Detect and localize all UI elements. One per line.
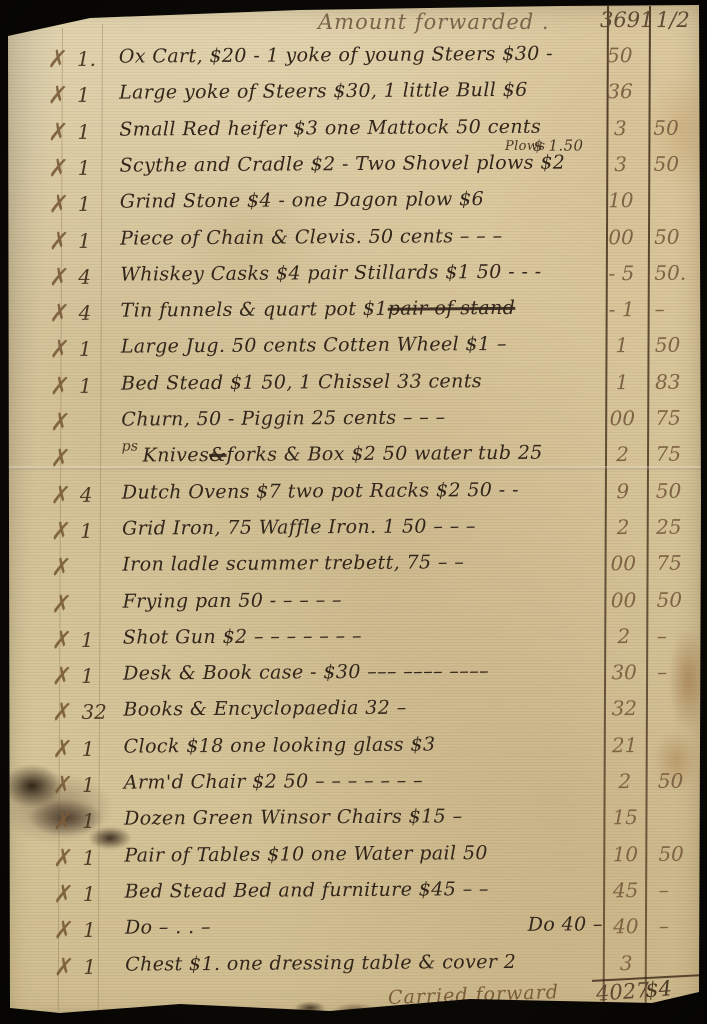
quantity: 1	[78, 156, 114, 180]
amount-cents: –	[655, 877, 705, 901]
tally-x-mark: ✗	[48, 152, 78, 186]
tally-x-mark: ✗	[49, 406, 79, 440]
amount-cents: 50	[653, 587, 703, 611]
ledger-row: ✗ 1 Clock $18 one looking glass $3 21	[2, 731, 707, 770]
quantity: 1	[78, 228, 114, 252]
ledger-row: ✗ 1 Large Jug. 50 cents Cotten Wheel $1 …	[0, 332, 706, 371]
carried-forward-dollars: 4027	[595, 978, 647, 1005]
amount-dollars: 10	[602, 842, 648, 866]
ledger-row: ✗ Churn, 50 - Piggin 25 cents – – – 00 7…	[0, 405, 706, 444]
quantity: 1	[80, 519, 116, 543]
ledger-row: ✗ 4 Tin funnels & quart pot $1 pair of s…	[0, 296, 706, 335]
amount-cents: –	[653, 623, 703, 647]
quantity: 1	[83, 954, 119, 978]
item-description: Ox Cart, $20 - 1 yoke of young Steers $3…	[119, 42, 597, 67]
tally-x-mark: ✗	[52, 769, 82, 803]
amount-dollars: 30	[601, 660, 647, 684]
quantity: 4	[79, 301, 115, 325]
amount-dollars: 00	[600, 551, 646, 575]
amount-cents: 83	[651, 369, 701, 393]
item-description: Piece of Chain & Clevis. 50 cents – – –	[120, 224, 598, 249]
amount-cents: 50	[649, 115, 699, 139]
amount-dollars: 3	[597, 152, 643, 176]
item-description: Desk & Book case - $30 ––– –––– ––––	[123, 659, 601, 684]
tally-x-mark: ✗	[53, 951, 83, 985]
amount-cents: 50	[651, 333, 701, 357]
ledger-row: ✗ 1 Shot Gun $2 – – – – – – – 2 –	[1, 622, 707, 661]
tally-x-mark: ✗	[52, 806, 82, 840]
ledger-row: ✗ 32 Books & Encyclopaedia 32 – 32	[1, 695, 707, 734]
item-description: Clock $18 one looking glass $3	[124, 732, 602, 757]
amount-dollars: 2	[601, 624, 647, 648]
quantity: 4	[80, 482, 116, 506]
ledger-row: ✗ 1 Do – . . –Do 40 – 40 –	[3, 913, 707, 952]
quantity: 1	[81, 627, 117, 651]
item-description: Grind Stone $4 - one Dagon plow $6	[120, 187, 598, 212]
ledger-row: ✗ 1 Grid Iron, 75 Waffle Iron. 1 50 – – …	[0, 513, 707, 552]
item-description: Bed Stead $1 50, 1 Chissel 33 cents	[121, 369, 599, 394]
carried-forward-cents: $4 1/2	[644, 974, 707, 1024]
ledger-row: ✗ 1 Arm'd Chair $2 50 – – – – – – – 2 50	[2, 768, 707, 807]
ledger-row: ✗ 1 Scythe and Cradle $2 - Two Shovel pl…	[0, 150, 705, 189]
amount-dollars: 00	[601, 587, 647, 611]
tally-x-mark: ✗	[48, 261, 78, 295]
quantity: 1	[83, 882, 119, 906]
amount-dollars: 32	[601, 696, 647, 720]
item-description: Tin funnels & quart pot $1 pair of stand	[121, 296, 599, 321]
tally-x-mark: ✗	[49, 370, 79, 404]
amount-dollars: 45	[603, 878, 649, 902]
item-description: Pair of Tables $10 one Water pail 50	[124, 841, 602, 866]
quantity: 1.	[77, 47, 113, 71]
amount-dollars: 40	[603, 914, 649, 938]
amount-cents: –	[655, 914, 705, 938]
ledger-row: ✗ 4 Whiskey Casks $4 pair Stillards $1 5…	[0, 259, 705, 298]
amount-dollars: 15	[602, 805, 648, 829]
amount-cents: 50	[649, 151, 699, 175]
tally-x-mark: ✗	[50, 479, 80, 513]
amount-dollars: 1	[599, 370, 645, 394]
amount-dollars: 3	[603, 950, 649, 974]
tally-x-mark: ✗	[50, 443, 80, 477]
item-description: Grid Iron, 75 Waffle Iron. 1 50 – – –	[122, 514, 600, 539]
quantity: 1	[83, 918, 119, 942]
ledger-row: ✗ Frying pan 50 - – – – – 00 50	[1, 586, 707, 625]
item-description: Dozen Green Winsor Chairs $15 –	[124, 805, 602, 830]
carried-forward-label: Carried forward	[388, 981, 560, 1009]
tally-x-mark: ✗	[52, 842, 82, 876]
tally-x-mark: ✗	[50, 551, 80, 585]
tally-x-mark: ✗	[51, 588, 81, 622]
item-description: Do – . . –Do 40 –	[125, 913, 603, 938]
item-description: psKnives& forks & Box $2 50 water tub 25	[122, 442, 600, 467]
quantity: 1	[78, 192, 114, 216]
amount-dollars: 36	[597, 79, 643, 103]
amount-cents: 50.	[650, 260, 700, 284]
amount-cents: 75	[652, 551, 702, 575]
amount-cents: –	[651, 297, 701, 321]
amount-cents: –	[653, 660, 703, 684]
amount-dollars: - 1	[599, 297, 645, 321]
tally-x-mark: ✗	[52, 733, 82, 767]
amount-dollars: 3	[597, 116, 643, 140]
ledger-row: ✗ Iron ladle scummer trebett, 75 – – 00 …	[0, 550, 707, 589]
quantity: 1	[82, 809, 118, 833]
amount-dollars: 2	[600, 442, 646, 466]
item-description: Small Red heifer $3 one Mattock 50 cents…	[119, 115, 597, 140]
photo-background: Amount forwarded . 3691 1/2 ✗ 1. Ox Cart…	[0, 0, 707, 1024]
ledger-row: ✗ 1 Grind Stone $4 - one Dagon plow $6 1…	[0, 187, 705, 226]
ledger-row: ✗ 1 Small Red heifer $3 one Mattock 50 c…	[0, 114, 704, 153]
rows: ✗ 1. Ox Cart, $20 - 1 yoke of young Stee…	[0, 0, 707, 1024]
amount-dollars: 9	[600, 479, 646, 503]
tally-x-mark: ✗	[48, 188, 78, 222]
tally-x-mark: ✗	[50, 515, 80, 549]
annotation: ps	[121, 439, 138, 461]
ledger-page: Amount forwarded . 3691 1/2 ✗ 1. Ox Cart…	[0, 0, 707, 1024]
quantity: 1	[82, 736, 118, 760]
quantity: 1	[79, 337, 115, 361]
amount-dollars: 50	[597, 43, 643, 67]
item-description: Whiskey Casks $4 pair Stillards $1 50 - …	[120, 260, 598, 285]
tally-x-mark: ✗	[51, 697, 81, 731]
ledger-row: ✗ 1 Pair of Tables $10 one Water pail 50…	[2, 840, 707, 879]
item-description: Churn, 50 - Piggin 25 cents – – –	[121, 405, 599, 430]
item-description: Arm'd Chair $2 50 – – – – – – –	[124, 768, 602, 793]
amount-dollars: 1	[599, 333, 645, 357]
tally-x-mark: ✗	[53, 914, 83, 948]
ledger-row: ✗ 1 Dozen Green Winsor Chairs $15 – 15	[2, 804, 707, 843]
tally-x-mark: ✗	[48, 225, 78, 259]
amount-dollars: 2	[600, 515, 646, 539]
quantity: 1	[79, 373, 115, 397]
ledger-row: ✗ 1 Bed Stead Bed and furniture $45 – – …	[3, 876, 707, 915]
amount-cents: 75	[651, 406, 701, 430]
quantity: 1	[77, 83, 113, 107]
quantity: 1	[77, 119, 113, 143]
ledger-row: ✗ 1 Large yoke of Steers $30, 1 little B…	[0, 78, 704, 117]
annotation: Plows	[505, 139, 546, 154]
amount-cents: 50	[650, 224, 700, 248]
item-description: Chest $1. one dressing table & cover 2	[125, 950, 603, 975]
amount-cents: 50	[654, 769, 704, 793]
tally-x-mark: ✗	[47, 116, 77, 150]
item-description: Bed Stead Bed and furniture $45 – –	[125, 877, 603, 902]
amount-dollars: - 5	[598, 261, 644, 285]
quantity: 4	[78, 264, 114, 288]
item-description: Large yoke of Steers $30, 1 little Bull …	[119, 79, 597, 104]
quantity: 1	[82, 773, 118, 797]
item-description: Iron ladle scummer trebett, 75 – –	[122, 550, 600, 575]
item-description: Dutch Ovens $7 two pot Racks $2 50 - -	[122, 478, 600, 503]
ledger-row: ✗ 1. Ox Cart, $20 - 1 yoke of young Stee…	[0, 42, 704, 81]
amount-cents: 25	[652, 514, 702, 538]
item-description: Scythe and Cradle $2 - Two Shovel plows …	[119, 151, 597, 176]
tally-x-mark: ✗	[53, 878, 83, 912]
amount-dollars: 21	[602, 733, 648, 757]
tally-x-mark: ✗	[49, 334, 79, 368]
item-description: Frying pan 50 - – – – –	[123, 587, 601, 612]
item-description: Shot Gun $2 – – – – – – –	[123, 623, 601, 648]
ledger-row: ✗ psKnives& forks & Box $2 50 water tub …	[0, 441, 707, 480]
amount-dollars: 00	[599, 406, 645, 430]
amount-dollars: 10	[598, 188, 644, 212]
item-description: Books & Encyclopaedia 32 –	[123, 696, 601, 721]
ledger-row: ✗ 1 Bed Stead $1 50, 1 Chissel 33 cents …	[0, 368, 706, 407]
tally-x-mark: ✗	[51, 660, 81, 694]
amount-dollars: 00	[598, 224, 644, 248]
amount-cents: 75	[652, 442, 702, 466]
quantity: 1	[81, 664, 117, 688]
ledger-row: ✗ 1 Desk & Book case - $30 ––– –––– ––––…	[1, 659, 707, 698]
tally-x-mark: ✗	[47, 43, 77, 77]
ledger-row: ✗ 1 Piece of Chain & Clevis. 50 cents – …	[0, 223, 705, 262]
amount-dollars: 2	[602, 769, 648, 793]
amount-cents: 50	[652, 478, 702, 502]
item-description: Large Jug. 50 cents Cotten Wheel $1 –	[121, 333, 599, 358]
tally-x-mark: ✗	[49, 297, 79, 331]
tally-x-mark: ✗	[47, 80, 77, 114]
quantity: 32	[81, 700, 117, 724]
ledger-row: ✗ 4 Dutch Ovens $7 two pot Racks $2 50 -…	[0, 477, 707, 516]
quantity: 1	[82, 845, 118, 869]
amount-cents: 50	[654, 841, 704, 865]
tally-x-mark: ✗	[51, 624, 81, 658]
